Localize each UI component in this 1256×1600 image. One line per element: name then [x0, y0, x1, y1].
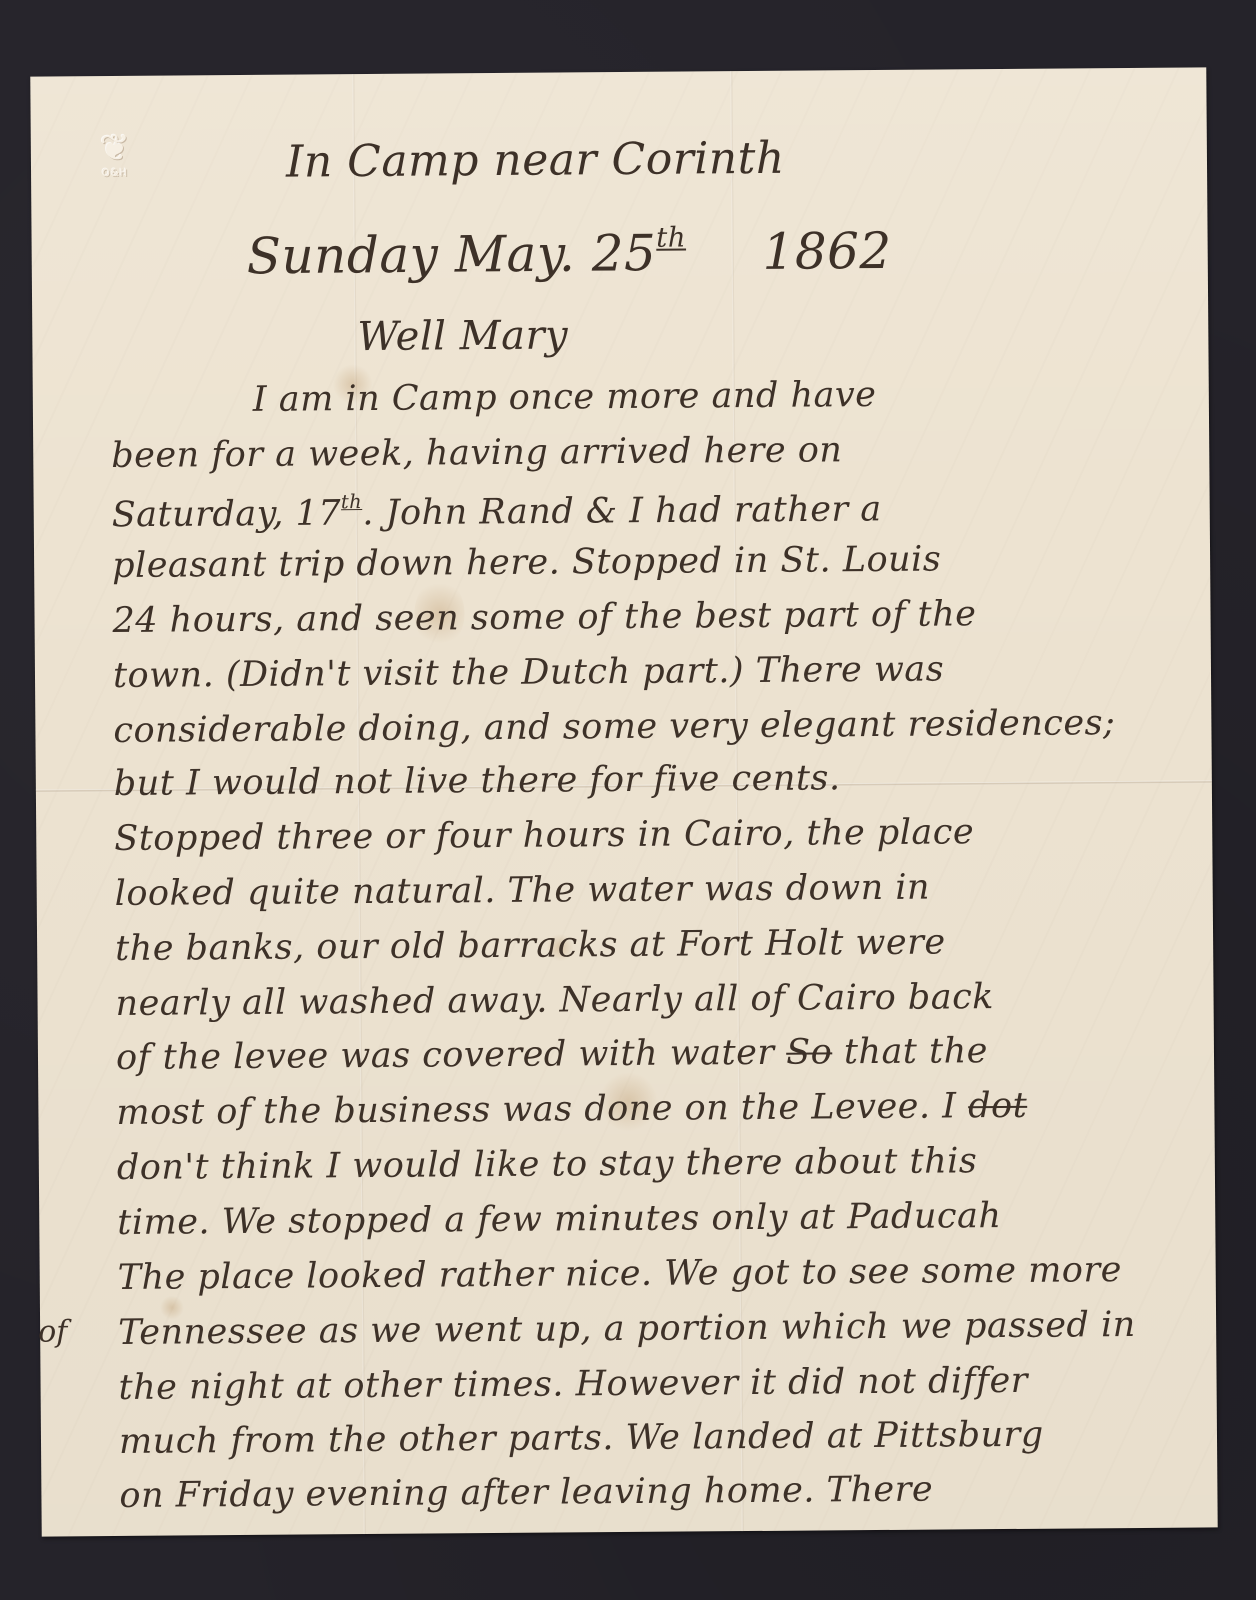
date-day-month: Sunday May. 25 — [246, 224, 656, 285]
body-line-17: The place looked rather nice. We got to … — [118, 1250, 1122, 1298]
body-line-18: Tennessee as we went up, a portion which… — [118, 1305, 1136, 1353]
body-line-6: town. (Didn't visit the Dutch part.) The… — [113, 649, 944, 696]
body-line-5: 24 hours, and seen some of the best part… — [112, 594, 976, 641]
date-ordinal: th — [656, 221, 686, 253]
letter-date: Sunday May. 25th 1862 — [246, 220, 892, 285]
embossed-stationery-mark: ❦ O&H — [87, 130, 143, 179]
body-line-10: looked quite natural. The water was down… — [115, 868, 931, 914]
body-line-4: pleasant trip down here. Stopped in St. … — [112, 540, 941, 587]
body-line-9: Stopped three or four hours in Cairo, th… — [114, 812, 974, 859]
body-line-3: Saturday, 17th. John Rand & I had rather… — [112, 486, 882, 535]
body-line-21: on Friday evening after leaving home. Th… — [119, 1470, 933, 1516]
body-line-1: I am in Camp once more and have — [253, 375, 877, 420]
struck-word: dot — [968, 1086, 1027, 1126]
letter-page: ❦ O&H In Camp near Corinth Sunday May. 2… — [30, 67, 1217, 1536]
body-line-14: most of the business was done on the Lev… — [116, 1086, 1027, 1133]
struck-word: So — [786, 1032, 832, 1072]
body-line-13: of the levee was covered with water So t… — [116, 1031, 988, 1078]
floral-crest-icon: ❦ — [87, 130, 143, 168]
body-line-20: much from the other parts. We landed at … — [119, 1415, 1044, 1462]
maker-mark-text: O&H — [87, 168, 143, 179]
body-line-7: considerable doing, and some very elegan… — [113, 703, 1115, 751]
body-line-12: nearly all washed away. Nearly all of Ca… — [115, 977, 994, 1024]
body-line-11: the banks, our old barracks at Fort Holt… — [115, 922, 946, 969]
margin-note: of — [38, 1314, 67, 1349]
body-line-19: the night at other times. However it did… — [118, 1361, 1028, 1408]
body-line-2: been for a week, having arrived here on — [111, 430, 842, 476]
body-line-8: but I would not live there for five cent… — [114, 758, 841, 804]
body-line-16: time. We stopped a few minutes only at P… — [117, 1196, 1001, 1243]
body-line-15: don't think I would like to stay there a… — [117, 1141, 978, 1188]
date-year: 1862 — [762, 222, 892, 281]
salutation: Well Mary — [357, 312, 568, 360]
letter-heading-place: In Camp near Corinth — [286, 133, 785, 188]
